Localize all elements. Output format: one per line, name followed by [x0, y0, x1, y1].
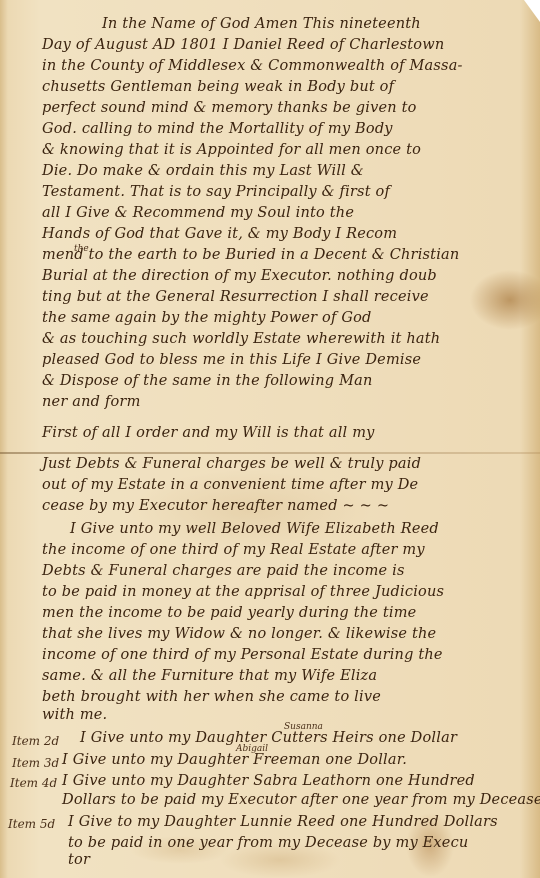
text-line: God. calling to mind the Mortallity of m…	[42, 121, 393, 137]
text-line: to be paid in one year from my Decease b…	[68, 835, 468, 851]
text-line: the same again by the mighty Power of Go…	[42, 310, 372, 326]
text-line: I Give to my Daughter Lunnie Reed one Hu…	[68, 814, 498, 830]
torn-corner	[524, 0, 540, 22]
text-line: to be paid in money at the apprisal of t…	[42, 584, 444, 600]
text-line: the income of one third of my Real Estat…	[42, 542, 425, 558]
text-line: chusetts Gentleman being weak in Body bu…	[42, 79, 394, 95]
text-line: Debts & Funeral charges are paid the inc…	[42, 563, 405, 579]
interlinear-insertion: the	[74, 244, 89, 254]
text-line: I Give unto my Daughter Freeman one Doll…	[62, 752, 407, 768]
text-line: pleased God to bless me in this Life I G…	[42, 352, 421, 368]
text-line: & Dispose of the same in the following M…	[42, 373, 373, 389]
text-line: First of all I order and my Will is that…	[42, 425, 375, 441]
text-line: men the income to be paid yearly during …	[42, 605, 416, 621]
text-line: Day of August AD 1801 I Daniel Reed of C…	[42, 37, 444, 53]
manuscript-page: In the Name of God Amen This nineteenth …	[0, 0, 540, 878]
text-line: I Give unto my Daughter Sabra Leathorn o…	[62, 773, 475, 789]
text-line: perfect sound mind & memory thanks be gi…	[42, 100, 417, 116]
text-line: all I Give & Recommend my Soul into the	[42, 205, 354, 221]
margin-note: Item 5d	[8, 817, 55, 831]
paper-fold-line	[0, 452, 540, 454]
margin-note: Item 3d	[12, 756, 59, 770]
text-line: & knowing that it is Appointed for all m…	[42, 142, 421, 158]
text-line: ner and form	[42, 394, 141, 410]
text-line: ting but at the General Resurrection I s…	[42, 289, 429, 305]
text-line: & as touching such worldly Estate wherew…	[42, 331, 440, 347]
text-line: with me.	[42, 707, 107, 723]
text-line: I Give unto my well Beloved Wife Elizabe…	[70, 521, 439, 537]
text-line: that she lives my Widow & no longer. & l…	[42, 626, 436, 642]
text-line: In the Name of God Amen This nineteenth	[102, 16, 421, 32]
text-line: income of one third of my Personal Estat…	[42, 647, 443, 663]
text-line: Testament. That is to say Principally & …	[42, 184, 390, 200]
text-line: same. & all the Furniture that my Wife E…	[42, 668, 377, 684]
text-line: mend to the earth to be Buried in a Dece…	[42, 247, 459, 263]
margin-note: Item 4d	[10, 776, 57, 790]
interlinear-insertion: Abigail	[236, 744, 268, 754]
interlinear-insertion: Susanna	[284, 722, 323, 732]
text-line: in the County of Middlesex & Commonwealt…	[42, 58, 463, 74]
text-line: Die. Do make & ordain this my Last Will …	[42, 163, 364, 179]
text-line: Burial at the direction of my Executor. …	[42, 268, 437, 284]
text-line: Dollars to be paid my Executor after one…	[62, 792, 540, 808]
text-line: tor	[68, 852, 90, 868]
text-line: cease by my Executor hereafter named ~ ~…	[42, 498, 389, 514]
text-line: out of my Estate in a convenient time af…	[42, 477, 418, 493]
text-line: Just Debts & Funeral charges be well & t…	[42, 456, 421, 472]
text-line: Hands of God that Gave it, & my Body I R…	[42, 226, 397, 242]
text-line: I Give unto my Daughter Cutters Heirs on…	[80, 730, 457, 746]
margin-note: Item 2d	[12, 734, 59, 748]
text-line: beth brought with her when she came to l…	[42, 689, 381, 705]
